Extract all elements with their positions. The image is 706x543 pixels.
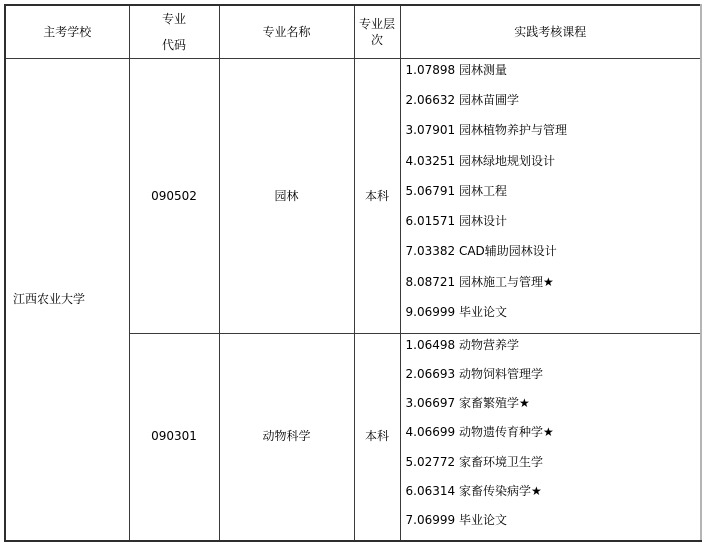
major-code-cell: 090502 xyxy=(129,59,219,334)
courses-cell: 1.06498 动物营养学2.06693 动物饲料管理学3.06697 家畜繁殖… xyxy=(400,334,701,541)
major-name-cell: 园林 xyxy=(219,59,354,334)
major-level-cell: 本科 xyxy=(354,59,400,334)
course-item: 3.07901 园林植物养护与管理 xyxy=(401,119,701,149)
major-level-cell: 本科 xyxy=(354,334,400,541)
course-item: 6.01571 园林设计 xyxy=(401,210,701,240)
course-item: 3.06697 家畜繁殖学★ xyxy=(401,392,701,421)
header-major-name: 专业名称 xyxy=(219,5,354,59)
course-item: 1.07898 园林测量 xyxy=(401,59,701,89)
header-major-code: 专业 代码 xyxy=(129,5,219,59)
header-school: 主考学校 xyxy=(5,5,129,59)
course-item: 5.02772 家畜环境卫生学 xyxy=(401,451,701,480)
course-item: 2.06632 园林苗圃学 xyxy=(401,89,701,119)
course-item: 2.06693 动物饲料管理学 xyxy=(401,363,701,392)
header-major-level: 专业层次 xyxy=(354,5,400,59)
major-name-cell: 动物科学 xyxy=(219,334,354,541)
course-item: 6.06314 家畜传染病学★ xyxy=(401,480,701,509)
course-item: 7.06999 毕业论文 xyxy=(401,509,701,538)
course-item: 9.06999 毕业论文 xyxy=(401,301,701,331)
school-name-cell: 江西农业大学 xyxy=(5,59,129,541)
table-row: 江西农业大学 090502 园林 本科 1.07898 园林测量2.06632 … xyxy=(5,59,701,334)
course-item: 1.06498 动物营养学 xyxy=(401,334,701,363)
course-item: 8.08721 园林施工与管理★ xyxy=(401,271,701,301)
table-header-row: 主考学校 专业 代码 专业名称 专业层次 实践考核课程 xyxy=(5,5,701,59)
document-page: 主考学校 专业 代码 专业名称 专业层次 实践考核课程 江西农业大学 09050… xyxy=(0,0,706,543)
header-practice-courses: 实践考核课程 xyxy=(400,5,701,59)
course-item: 5.06791 园林工程 xyxy=(401,180,701,210)
exam-courses-table: 主考学校 专业 代码 专业名称 专业层次 实践考核课程 江西农业大学 09050… xyxy=(4,4,702,542)
course-item: 7.03382 CAD辅助园林设计 xyxy=(401,240,701,270)
courses-cell: 1.07898 园林测量2.06632 园林苗圃学3.07901 园林植物养护与… xyxy=(400,59,701,334)
course-item: 4.03251 园林绿地规划设计 xyxy=(401,150,701,180)
course-list: 1.07898 园林测量2.06632 园林苗圃学3.07901 园林植物养护与… xyxy=(401,59,701,331)
course-list: 1.06498 动物营养学2.06693 动物饲料管理学3.06697 家畜繁殖… xyxy=(401,334,701,538)
course-item: 4.06699 动物遗传育种学★ xyxy=(401,421,701,450)
major-code-cell: 090301 xyxy=(129,334,219,541)
